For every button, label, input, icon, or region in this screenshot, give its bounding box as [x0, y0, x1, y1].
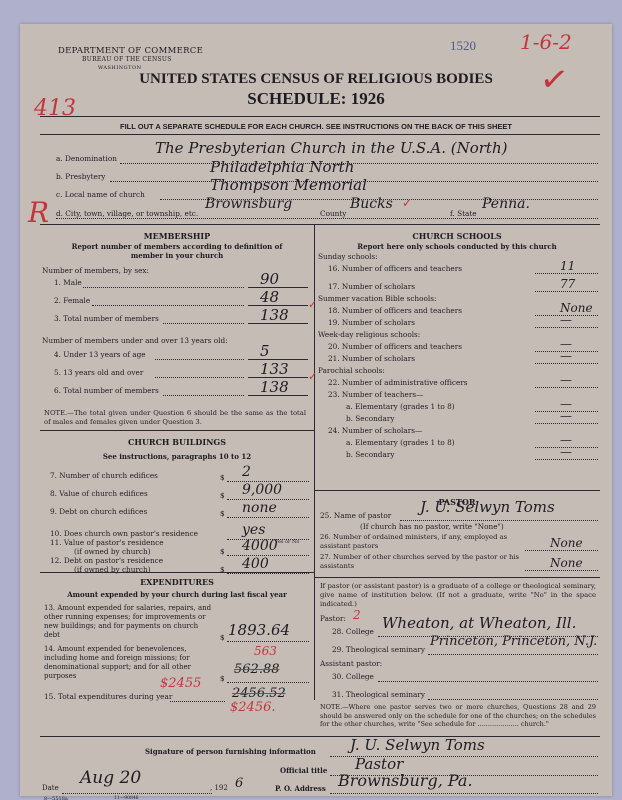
dotted-line: [163, 395, 244, 396]
school-item-value: —: [560, 313, 572, 327]
building-item-value: 2: [242, 464, 251, 480]
dotted-line: [378, 681, 598, 682]
year-suffix: 6: [235, 776, 243, 791]
po-address-value: Brownsburg, Pa.: [338, 771, 473, 790]
date-value: Aug 20: [80, 768, 141, 788]
state-label: f. State: [450, 209, 477, 218]
print-code: 11—90846: [114, 796, 139, 800]
membership-title: MEMBERSHIP: [40, 231, 314, 241]
pastor-mark: 2: [353, 608, 361, 622]
school-item-label: 22. Number of administrative officers: [328, 378, 468, 387]
form-title: UNITED STATES CENSUS OF RELIGIOUS BODIES: [20, 71, 612, 88]
q27-value: None: [550, 556, 583, 570]
expenditure-15-correction-b: $2456.: [230, 700, 276, 715]
dotted-line: [535, 387, 598, 388]
parochial-schools-label: Parochial schools:: [318, 366, 385, 375]
dollar-sign: $: [220, 509, 225, 518]
q31-label: 31. Theological seminary: [332, 690, 425, 699]
pastor-name-hint: (If church has no pastor, write "None"): [360, 522, 504, 531]
denomination-value: The Presbyterian Church in the U.S.A. (N…: [155, 139, 507, 157]
dotted-line: [535, 273, 598, 274]
school-item-label: a. Elementary (grades 1 to 8): [346, 402, 455, 411]
dotted-line: [56, 218, 598, 219]
check-mark-icon: ✓: [402, 196, 412, 210]
divider: [40, 736, 600, 737]
local-name-value: Thompson Memorial: [210, 176, 367, 194]
q28-label: 28. College: [332, 627, 374, 636]
buildings-subtitle: See instructions, paragraphs 10 to 12: [40, 452, 314, 461]
check-mark-icon: ✓: [308, 298, 317, 311]
q26-value: None: [550, 536, 583, 550]
check-mark-icon: ✓: [308, 370, 317, 383]
school-item-label: b. Secondary: [346, 450, 394, 459]
q29-label: 29. Theological seminary: [332, 645, 425, 654]
expenditure-13-value: 1893.64: [228, 621, 290, 639]
building-item-label: 10. Does church own pastor's residence: [50, 529, 198, 538]
building-item-value: yes: [242, 522, 265, 538]
dotted-line: [535, 291, 598, 292]
school-item-label: 23. Number of teachers—: [328, 390, 423, 399]
school-item-label: 20. Number of officers and teachers: [328, 342, 462, 351]
school-item-label: 24. Number of scholars—: [328, 426, 422, 435]
dotted-line: [535, 423, 598, 424]
expenditure-14-correction: 563: [254, 644, 277, 658]
q30-label: 30. College: [332, 672, 374, 681]
dollar-sign: $: [220, 473, 225, 482]
building-item-label: 12. Debt on pastor's residence: [50, 556, 163, 565]
dotted-line: [170, 701, 225, 702]
dollar-sign: $: [220, 547, 225, 556]
building-item-label: 9. Debt on church edifices: [50, 507, 147, 516]
signature-label: Signature of person furnishing informati…: [145, 747, 316, 756]
stamp-number: 1520: [450, 38, 476, 54]
dotted-line: [400, 520, 598, 521]
expenditures-title: EXPENDITURES: [40, 577, 314, 587]
building-item-label: (if owned by church): [74, 547, 151, 556]
po-address-label: P. O. Address: [275, 784, 326, 793]
graduate-note: If pastor (or assistant pastor) is a gra…: [320, 582, 596, 609]
schedule-title: SCHEDULE: 1926: [20, 89, 612, 109]
membership-item-value: 138: [260, 306, 289, 324]
expenditure-13-label: 13. Amount expended for salaries, repair…: [44, 604, 214, 640]
dotted-line: [62, 793, 212, 794]
q26-label: 26. Number of ordained ministers, if any…: [320, 533, 520, 551]
dollar-sign: $: [220, 491, 225, 500]
expenditure-15-label: 15. Total expenditures during year: [44, 692, 172, 701]
dotted-line: [535, 363, 598, 364]
dotted-line: [163, 323, 244, 324]
date-label: Date: [42, 784, 59, 792]
annotation-left-number: 413: [34, 96, 76, 121]
presbytery-label: b. Presbytery: [56, 172, 105, 181]
expenditure-14-value: 562.88: [234, 662, 280, 677]
pastor-label: Pastor:: [320, 614, 346, 623]
school-item-label: a. Elementary (grades 1 to 8): [346, 438, 455, 447]
school-item-label: 17. Number of scholars: [328, 282, 415, 291]
dotted-line: [525, 550, 598, 551]
divider: [40, 224, 600, 225]
dotted-line: [120, 163, 598, 164]
school-item-value: —: [560, 373, 572, 387]
local-name-label: c. Local name of church: [56, 190, 145, 199]
dotted-line: [227, 573, 309, 574]
weekday-schools-label: Week-day religious schools:: [318, 330, 420, 339]
dotted-line: [330, 793, 598, 794]
building-item-label: 8. Value of church edifices: [50, 489, 148, 498]
dotted-line: [535, 327, 598, 328]
dotted-line: [428, 699, 598, 700]
dotted-line: [535, 459, 598, 460]
census-form: DEPARTMENT OF COMMERCE BUREAU OF THE CEN…: [20, 24, 612, 796]
pastor-name-value: J. U. Selwyn Toms: [420, 498, 555, 516]
membership-item-label: 5. 13 years old and over: [54, 368, 143, 377]
school-item-value: —: [560, 349, 572, 363]
bureau-name: BUREAU OF THE CENSUS: [82, 56, 172, 63]
answer-hint: Yes or No: [275, 539, 299, 545]
sunday-schools-label: Sunday schools:: [318, 252, 378, 261]
membership-subtitle: Report number of members according to de…: [60, 242, 294, 260]
school-item-value: 11: [560, 259, 575, 273]
membership-item-label: 2. Female: [54, 296, 90, 305]
membership-item-value: 138: [260, 378, 289, 396]
building-item-value: none: [242, 500, 277, 516]
dotted-line: [227, 517, 309, 518]
school-item-value: —: [560, 409, 572, 423]
dotted-line: [155, 359, 244, 360]
dotted-line: [92, 305, 244, 306]
building-item-label: 11. Value of pastor's residence: [50, 538, 164, 547]
state-value: Penna.: [482, 196, 530, 212]
building-item-value: 9,000: [242, 482, 282, 498]
schools-title: CHURCH SCHOOLS: [314, 231, 600, 241]
county-label: County: [320, 209, 346, 218]
form-code: 8—5518a: [44, 796, 68, 800]
dotted-line: [428, 654, 598, 655]
expenditure-15-value: 2456.52: [232, 686, 286, 701]
summer-schools-label: Summer vacation Bible schools:: [318, 294, 436, 303]
school-item-label: 18. Number of officers and teachers: [328, 306, 462, 315]
membership-item-label: 4. Under 13 years of age: [54, 350, 146, 359]
school-item-value: 77: [560, 277, 575, 291]
instruction-banner: FILL OUT A SEPARATE SCHEDULE FOR EACH CH…: [20, 122, 612, 131]
school-item-value: —: [560, 445, 572, 459]
school-item-label: 21. Number of scholars: [328, 354, 415, 363]
assistant-pastor-label: Assistant pastor:: [320, 659, 382, 668]
membership-item-value: 5: [260, 342, 270, 360]
city-value: Brownsburg: [205, 196, 292, 212]
dollar-sign: $: [220, 565, 225, 574]
q29-value: Princeton, Princeton, N.J.: [430, 634, 597, 649]
divider: [314, 577, 600, 578]
schools-subtitle: Report here only schools conducted by th…: [314, 242, 600, 251]
divider: [314, 490, 600, 491]
school-item-label: 19. Number of scholars: [328, 318, 415, 327]
membership-item-value: 48: [260, 288, 279, 306]
membership-item-label: 3. Total number of members: [54, 314, 159, 323]
column-divider: [314, 224, 315, 700]
presbytery-value: Philadelphia North: [210, 158, 354, 176]
membership-item-label: 1. Male: [54, 278, 82, 287]
expenditures-subtitle: Amount expended by your church during la…: [40, 590, 314, 599]
q28-value: Wheaton, at Wheaton, Ill.: [382, 614, 576, 632]
denomination-label: a. Denomination: [56, 154, 117, 163]
building-item-label: (if owned by church): [74, 565, 151, 574]
annotation-top-right: 1-6-2: [520, 30, 572, 54]
pastor-note: NOTE.—Where one pastor serves two or mor…: [320, 703, 596, 729]
year-prefix: , 192: [210, 784, 228, 792]
county-value: Bucks: [350, 196, 393, 212]
buildings-title: CHURCH BUILDINGS: [40, 437, 314, 447]
divider: [40, 116, 600, 117]
membership-item-value: 90: [260, 270, 279, 288]
dotted-line: [525, 570, 598, 571]
school-item-label: 16. Number of officers and teachers: [328, 264, 462, 273]
building-item-value: 4000: [242, 538, 278, 554]
city-label: d. City, town, village, or township, etc…: [56, 209, 198, 218]
members-by-age-label: Number of members under and over 13 year…: [42, 336, 228, 345]
membership-note: NOTE.—The total given under Question 6 s…: [44, 409, 306, 427]
pastor-name-label: 25. Name of pastor: [320, 511, 391, 520]
membership-item-label: 6. Total number of members: [54, 386, 159, 395]
dotted-line: [227, 682, 309, 683]
building-item-label: 7. Number of church edifices: [50, 471, 158, 480]
official-title-label: Official title: [280, 766, 327, 775]
divider: [40, 134, 600, 135]
divider: [40, 430, 314, 431]
building-item-value: 400: [242, 556, 269, 572]
membership-item-value: 133: [260, 360, 289, 378]
dotted-line: [83, 287, 244, 288]
expenditure-15-correction-a: $2455: [160, 676, 201, 691]
school-item-label: b. Secondary: [346, 414, 394, 423]
department-name: DEPARTMENT OF COMMERCE: [58, 46, 203, 56]
q27-label: 27. Number of other churches served by t…: [320, 553, 520, 571]
members-by-sex-label: Number of members, by sex:: [42, 266, 149, 275]
signature-value: J. U. Selwyn Toms: [350, 736, 485, 754]
dotted-line: [155, 377, 244, 378]
dotted-line: [227, 641, 309, 642]
